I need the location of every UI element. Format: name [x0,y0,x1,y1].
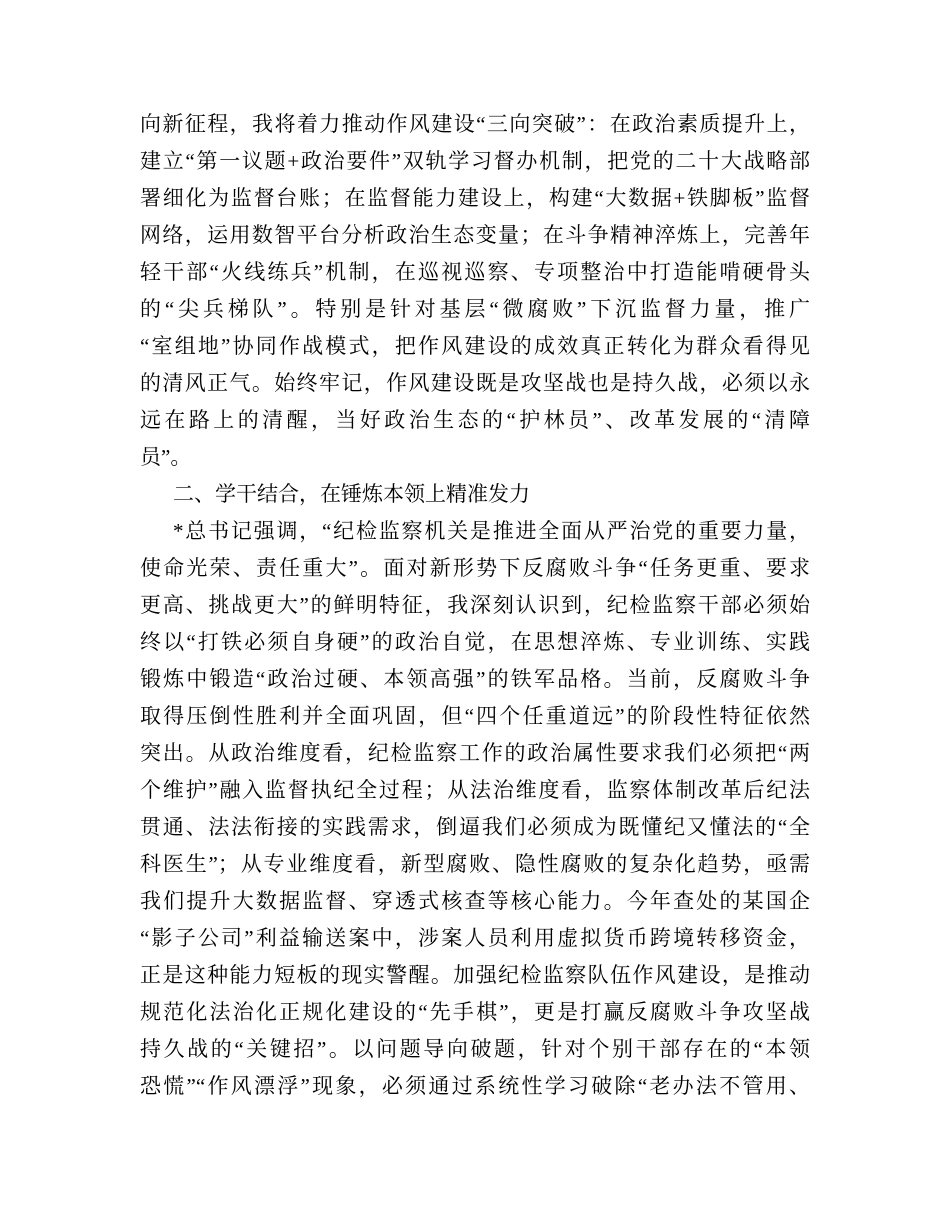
text-line: 锻炼中锻造“政治过硬、本领高强”的铁军品格。当前，反腐败斗争 [140,661,810,698]
text-line: “影子公司”利益输送案中，涉案人员利用虚拟货币跨境转移资金， [140,920,810,957]
text-line: 轻干部“火线练兵”机制，在巡视巡察、专项整治中打造能啃硬骨头 [140,254,810,291]
text-line: 科医生”；从专业维度看，新型腐败、隐性腐败的复杂化趋势，亟需 [140,846,810,883]
text-line: 贯通、法法衔接的实践需求，倒逼我们必须成为既懂纪又懂法的“全 [140,809,810,846]
text-line: 的“尖兵梯队”。特别是针对基层“微腐败”下沉监督力量，推广 [140,291,810,328]
text-line: 网络，运用数智平台分析政治生态变量；在斗争精神淬炼上，完善年 [140,217,810,254]
text-line: 终以“打铁必须自身硬”的政治自觉，在思想淬炼、专业训练、实践 [140,624,810,661]
text-line: 更高、挑战更大”的鲜明特征，我深刻认识到，纪检监察干部必须始 [140,587,810,624]
text-line: 持久战的“关键招”。以问题导向破题，针对个别干部存在的“本领 [140,1031,810,1068]
text-line: 员”。 [140,439,810,476]
section-heading: 二、学干结合，在锤炼本领上精准发力 [140,476,810,513]
text-line: 取得压倒性胜利并全面巩固，但“四个任重道远”的阶段性特征依然 [140,698,810,735]
text-line: 正是这种能力短板的现实警醒。加强纪检监察队伍作风建设，是推动 [140,957,810,994]
text-line: “室组地”协同作战模式，把作风建设的成效真正转化为群众看得见 [140,328,810,365]
text-line: 个维护”融入监督执纪全过程；从法治维度看，监察体制改革后纪法 [140,772,810,809]
text-line: 突出。从政治维度看，纪检监察工作的政治属性要求我们必须把“两 [140,735,810,772]
document-body: 向新征程，我将着力推动作风建设“三向突破”：在政治素质提升上，建立“第一议题+政… [140,106,810,1105]
text-line: 恐慌”“作风漂浮”现象，必须通过系统性学习破除“老办法不管用、 [140,1068,810,1105]
text-line: 向新征程，我将着力推动作风建设“三向突破”：在政治素质提升上， [140,106,810,143]
document-page: 向新征程，我将着力推动作风建设“三向突破”：在政治素质提升上，建立“第一议题+政… [0,0,950,1230]
text-line: *总书记强调，“纪检监察机关是推进全面从严治党的重要力量， [140,513,810,550]
text-line: 使命光荣、责任重大”。面对新形势下反腐败斗争“任务更重、要求 [140,550,810,587]
text-line: 建立“第一议题+政治要件”双轨学习督办机制，把党的二十大战略部 [140,143,810,180]
text-line: 规范化法治化正规化建设的“先手棋”，更是打赢反腐败斗争攻坚战 [140,994,810,1031]
text-line: 我们提升大数据监督、穿透式核查等核心能力。今年查处的某国企 [140,883,810,920]
text-line: 署细化为监督台账；在监督能力建设上，构建“大数据+铁脚板”监督 [140,180,810,217]
text-line: 的清风正气。始终牢记，作风建设既是攻坚战也是持久战，必须以永 [140,365,810,402]
text-line: 远在路上的清醒，当好政治生态的“护林员”、改革发展的“清障 [140,402,810,439]
